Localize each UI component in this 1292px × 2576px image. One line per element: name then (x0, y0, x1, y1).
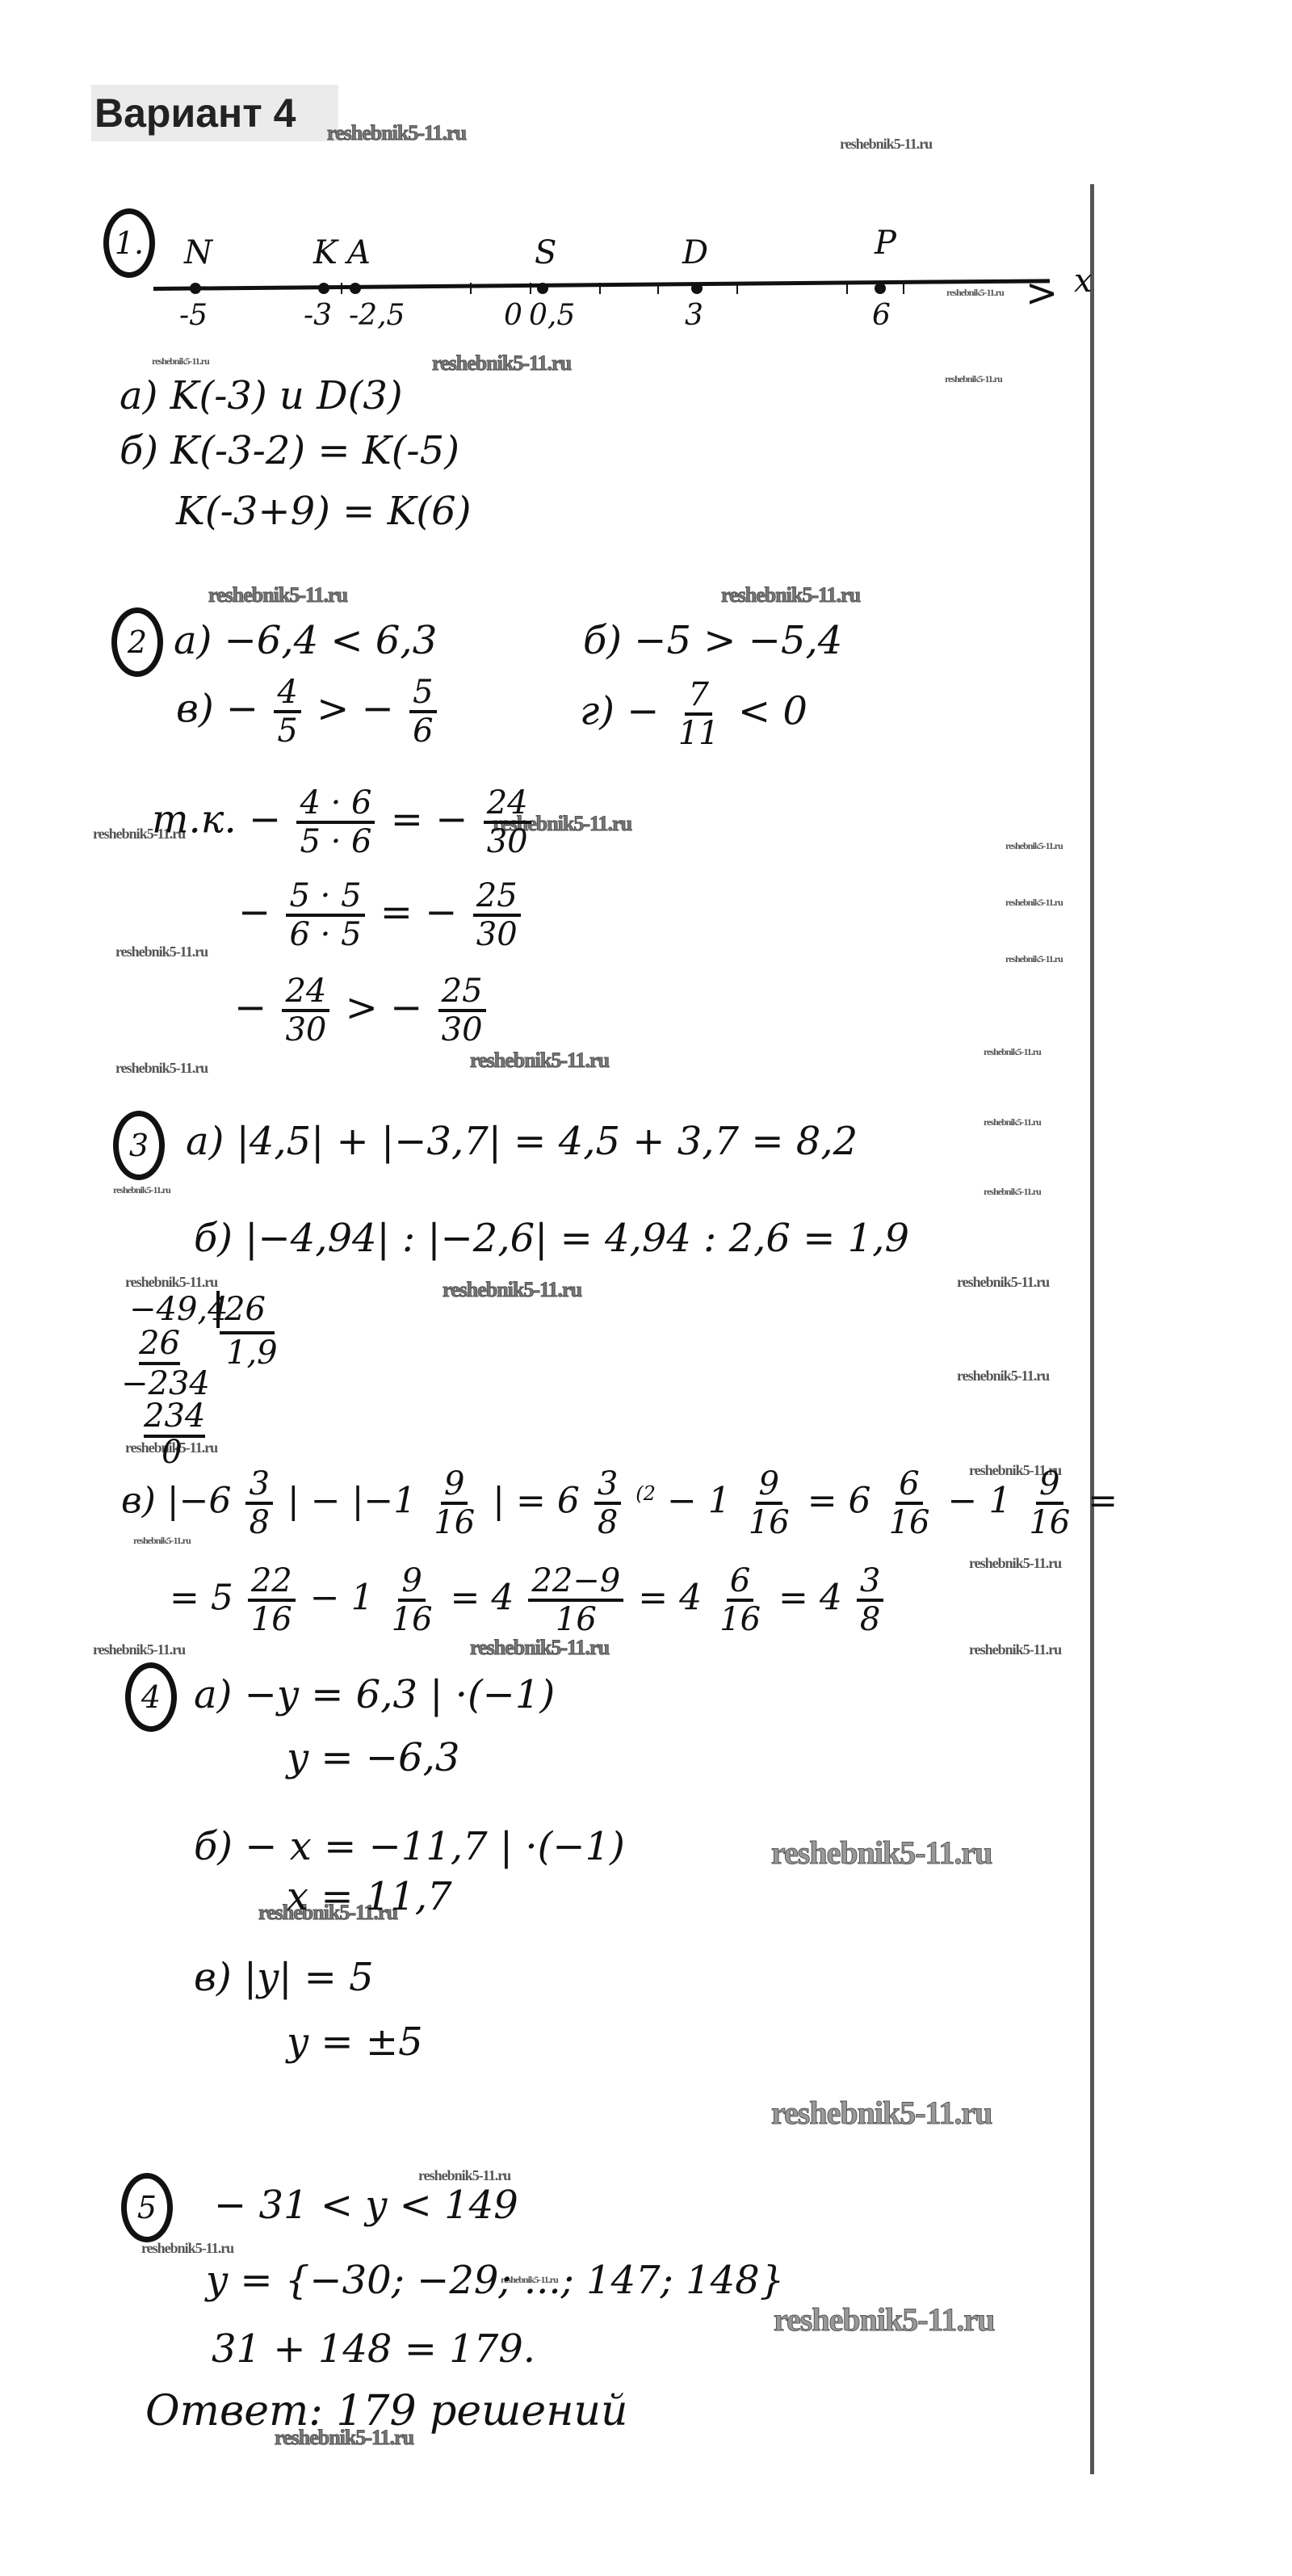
tick-label: 6 (872, 299, 891, 332)
watermark: reshebnik5-11.ru (152, 355, 209, 368)
task5-line1: − 31 < y < 149 (214, 2183, 518, 2228)
watermark: reshebnik5-11.ru (470, 1636, 609, 1660)
point-p (875, 283, 886, 294)
fraction: 4 · 65 · 6 (296, 785, 375, 859)
watermark: reshebnik5-11.ru (443, 1278, 581, 1302)
label: г) − (580, 689, 659, 734)
watermark: reshebnik5-11.ru (957, 1368, 1049, 1385)
task2-a: а) −6,4 < 6,3 (174, 618, 437, 663)
watermark: reshebnik5-11.ru (945, 373, 1002, 385)
task2-line2: − 5 · 56 · 5 = − 2530 (238, 878, 524, 952)
task5-line2: y = {−30; −29; ...; 147; 148} (206, 2258, 784, 2303)
tick (470, 283, 472, 294)
tick (341, 283, 342, 294)
task1-b1: б) K(-3-2) = K(-5) (120, 428, 459, 473)
watermark: reshebnik5-11.ru (957, 1274, 1049, 1291)
point-a (350, 283, 361, 294)
watermark: reshebnik5-11.ru (418, 2167, 510, 2184)
fraction: 38 (857, 1563, 883, 1637)
label: в) − (176, 687, 258, 732)
watermark: reshebnik5-11.ru (969, 1641, 1061, 1658)
task4-v1: в) |y| = 5 (194, 1955, 374, 2000)
task3-a: а) |4,5| + |−3,7| = 4,5 + 3,7 = 8,2 (186, 1119, 858, 1164)
task-number-1: 1. (103, 208, 155, 278)
point-k (318, 283, 329, 294)
axis-line (153, 279, 1050, 291)
point-n (190, 283, 201, 294)
task3-v-line2: = 5 2216 − 1 916 = 4 22−916 = 4 616 = 4 … (170, 1563, 887, 1637)
task5-answer: Ответ: 179 решений (145, 2387, 627, 2435)
margin-line (1090, 184, 1094, 2474)
fraction: 2530 (438, 973, 486, 1048)
operator: − (234, 985, 266, 1031)
watermark: reshebnik5-11.ru (1005, 897, 1063, 909)
fraction: 2530 (473, 878, 521, 952)
watermark: reshebnik5-11.ru (969, 1555, 1061, 1572)
watermark: reshebnik5-11.ru (432, 351, 571, 376)
watermark: reshebnik5-11.ru (771, 1834, 992, 1872)
tick-label: -2,5 (349, 299, 405, 332)
operator: = − (391, 797, 468, 843)
task3-b: б) |−4,94| : |−2,6| = 4,94 : 2,6 = 1,9 (194, 1216, 909, 1261)
subtrahend: 26 (139, 1325, 180, 1365)
task2-line1: т.к. − 4 · 65 · 6 = − 2430 (152, 785, 535, 859)
watermark: reshebnik5-11.ru (1005, 953, 1063, 965)
operator: > − (346, 985, 423, 1031)
watermark: reshebnik5-11.ru (115, 943, 208, 960)
point-s (537, 283, 548, 294)
fraction: 2430 (282, 973, 329, 1048)
watermark: reshebnik5-11.ru (93, 1641, 185, 1658)
task4-v2: y = ±5 (287, 2019, 423, 2065)
task1-b2: K(-3+9) = K(6) (176, 489, 471, 534)
tick (903, 283, 904, 294)
point-label: A (347, 234, 371, 271)
watermark: reshebnik5-11.ru (984, 1186, 1041, 1198)
tick-label: -3 (304, 299, 332, 332)
watermark: reshebnik5-11.ru (721, 583, 860, 607)
operator: − (238, 890, 271, 935)
fraction: 22−916 (528, 1563, 623, 1637)
multiplier: (2 (636, 1482, 656, 1505)
task2-line3: − 2430 > − 2530 (234, 973, 489, 1048)
fraction: 38 (245, 1466, 272, 1540)
point-label: P (875, 225, 896, 262)
watermark: reshebnik5-11.ru (946, 287, 1004, 299)
fraction: 916 (388, 1563, 436, 1637)
task4-b2: x = 11,7 (287, 1874, 452, 1919)
fraction: 2430 (484, 785, 531, 859)
task2-v: в) − 45 > − 56 (176, 674, 440, 749)
watermark: reshebnik5-11.ru (115, 1060, 208, 1077)
watermark: reshebnik5-11.ru (771, 2094, 992, 2132)
task4-a2: y = −6,3 (287, 1735, 459, 1780)
fraction: 2216 (248, 1563, 296, 1637)
point-label: K (313, 234, 338, 271)
task-number-2: 2 (111, 607, 163, 677)
tick (657, 283, 659, 294)
watermark: reshebnik5-11.ru (984, 1116, 1041, 1128)
tick (736, 283, 738, 294)
tick (530, 283, 531, 294)
task5-line3: 31 + 148 = 179. (212, 2326, 535, 2372)
tick-label: 0 (504, 299, 522, 332)
watermark: reshebnik5-11.ru (113, 1184, 170, 1196)
tick-label: 3 (685, 299, 703, 332)
dividend: −49,4 (129, 1291, 229, 1328)
watermark: reshebnik5-11.ru (125, 1274, 217, 1291)
arrow-right-icon: > (1026, 271, 1058, 316)
quotient: 1,9 (220, 1331, 275, 1372)
watermark: reshebnik5-11.ru (141, 2240, 233, 2257)
axis-label: x (1074, 263, 1093, 300)
watermark: reshebnik5-11.ru (1005, 840, 1063, 852)
point-d (691, 283, 703, 294)
fraction: 5 · 56 · 5 (286, 878, 364, 952)
task3-v-line1: в) |−6 38 | − |−1 916 | = 6 38 (2 − 1 91… (121, 1466, 1118, 1540)
watermark: reshebnik5-11.ru (984, 1046, 1041, 1058)
task-number-5: 5 (121, 2173, 173, 2242)
task2-b: б) −5 > −5,4 (583, 618, 842, 663)
subtrahend: 234 (144, 1397, 205, 1438)
task4-b1: б) − x = −11,7 | ·(−1) (194, 1824, 625, 1869)
operator: > − (317, 687, 394, 732)
watermark: reshebnik5-11.ru (208, 583, 347, 607)
tick-label: 0,5 (529, 299, 575, 332)
fraction: 711 (675, 677, 723, 751)
point-label: D (682, 234, 708, 271)
watermark: reshebnik5-11.ru (327, 121, 466, 145)
page-title: Вариант 4 (91, 85, 338, 141)
task1-a: а) K(-3) и D(3) (120, 373, 403, 418)
divisor: 26 (216, 1291, 266, 1328)
watermark: reshebnik5-11.ru (470, 1048, 609, 1073)
tick (846, 283, 848, 294)
operator: < 0 (738, 689, 807, 734)
fraction: 45 (274, 674, 300, 749)
task-number-4: 4 (125, 1662, 177, 1732)
task-number-3: 3 (113, 1111, 165, 1180)
fraction: 38 (594, 1466, 621, 1540)
watermark: reshebnik5-11.ru (840, 136, 932, 153)
fraction: 916 (1026, 1466, 1073, 1540)
watermark: reshebnik5-11.ru (774, 2301, 994, 2339)
fraction: 916 (430, 1466, 478, 1540)
task2-g: г) − 711 < 0 (580, 677, 807, 751)
point-label: S (535, 234, 556, 271)
label: т.к. − (152, 797, 281, 843)
tick-label: -5 (179, 299, 208, 332)
tick (599, 283, 601, 294)
fraction: 56 (409, 674, 436, 749)
task4-a1: а) −y = 6,3 | ·(−1) (194, 1672, 555, 1717)
fraction: 616 (716, 1563, 764, 1637)
operator: = − (380, 890, 458, 935)
fraction: 916 (745, 1466, 793, 1540)
fraction: 616 (886, 1466, 933, 1540)
point-label: N (184, 234, 212, 271)
